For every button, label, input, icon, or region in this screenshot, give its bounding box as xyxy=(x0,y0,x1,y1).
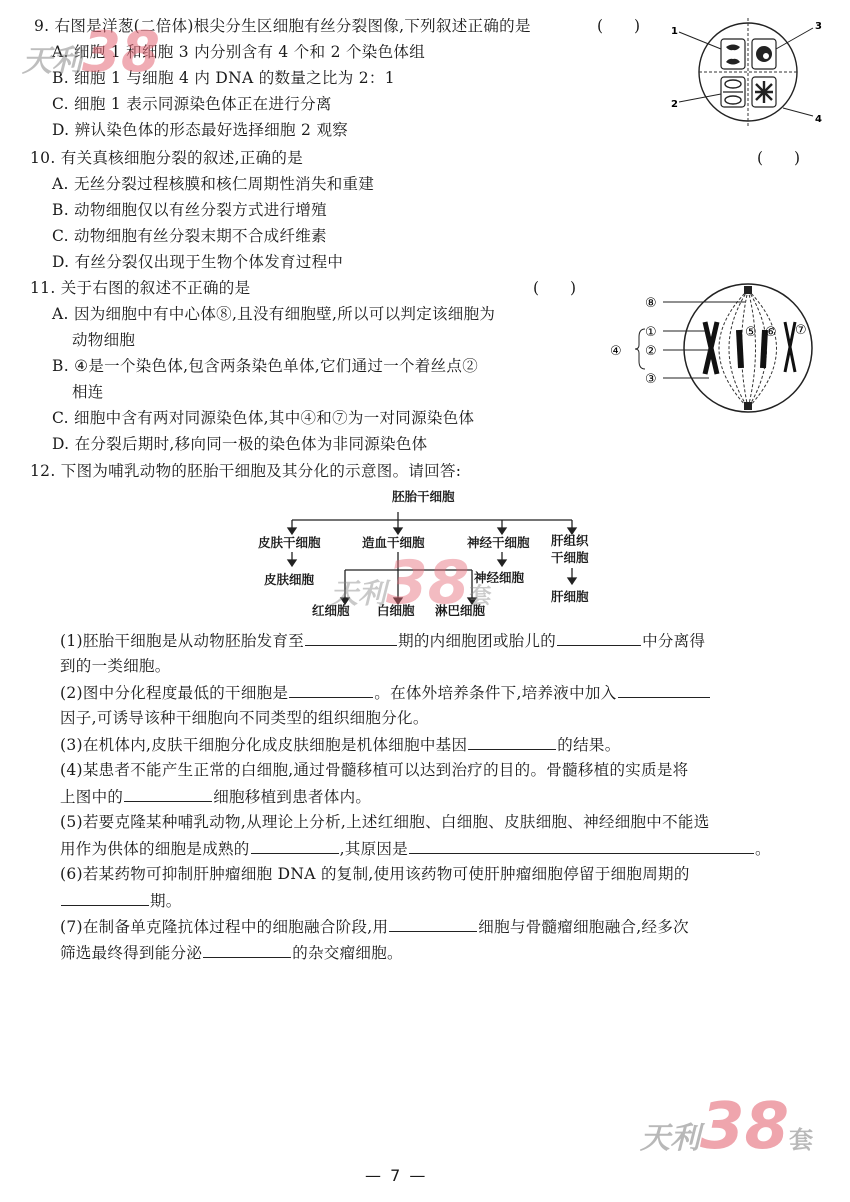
q10-option-d: D. 有丝分裂仅出现于生物个体发育过程中 xyxy=(52,252,343,272)
q12-sub1-line2: 到的一类细胞。 xyxy=(60,656,171,676)
q11-answer-paren: ( ) xyxy=(533,278,576,298)
answer-blank-4-1[interactable] xyxy=(124,786,212,802)
q12-sub7-text-b: 细胞与骨髓瘤细胞融合,经多次 xyxy=(478,918,689,936)
q12-sub2-text-a: (2)图中分化程度最低的干细胞是 xyxy=(60,684,288,702)
answer-blank-5-1[interactable] xyxy=(251,838,339,854)
q12-sub5-line1: (5)若要克隆某种哺乳动物,从理论上分析,上述红细胞、白细胞、皮肤细胞、神经细胞… xyxy=(60,812,710,832)
flow-nerve-cell: 神经细胞 xyxy=(474,570,524,585)
q12-sub6-line1: (6)若某药物可抑制肝肿瘤细胞 DNA 的复制,使用该药物可使肝肿瘤细胞停留于细… xyxy=(60,864,690,884)
page-number: — 7 — xyxy=(365,1166,427,1185)
q11-stem: 11. 关于右图的叙述不正确的是 xyxy=(30,278,250,298)
q12-sub6-line2: 期。 xyxy=(60,890,182,911)
q12-sub1-text-a: (1)胚胎干细胞是从动物胚胎发育至 xyxy=(60,632,304,650)
flow-red-blood-cell: 红细胞 xyxy=(312,603,350,618)
answer-blank-1-1[interactable] xyxy=(305,630,397,646)
flow-neural-stem-cell: 神经干细胞 xyxy=(467,535,530,550)
flow-skin-stem-cell: 皮肤干细胞 xyxy=(258,535,321,550)
q11-option-a: A. 因为细胞中有中心体⑧,且没有细胞壁,所以可以判定该细胞为 xyxy=(52,304,495,324)
q12-sub2-line1: (2)图中分化程度最低的干细胞是。在体外培养条件下,培养液中加入 xyxy=(60,682,711,703)
q11-cell-figure: ⑧ ① ② ③ ④ ⑤ ⑥ ⑦ xyxy=(605,282,830,417)
q9-option-b: B. 细胞 1 与细胞 4 内 DNA 的数量之比为 2：1 xyxy=(52,68,395,88)
q9-fig-label-3: 3 xyxy=(815,21,822,32)
q11-option-d: D. 在分裂后期时,移向同一极的染色体为非同源染色体 xyxy=(52,434,427,454)
flowchart-arrows xyxy=(250,500,590,620)
flow-liver-stem-cell-line1: 肝组织 xyxy=(551,533,589,548)
q12-sub3-line1: (3)在机体内,皮肤干细胞分化成皮肤细胞是机体细胞中基因的结果。 xyxy=(60,734,621,755)
q12-sub6-text-b: 期。 xyxy=(150,892,182,910)
q9-answer-paren: ( ) xyxy=(597,16,640,36)
q12-sub1-text-c: 中分离得 xyxy=(642,632,705,650)
q11-fig-label-7: ⑦ xyxy=(795,323,807,338)
q9-fig-label-1: 1 xyxy=(671,26,678,37)
flow-liver-cell: 肝细胞 xyxy=(551,589,589,604)
flow-embryonic-stem-cell: 胚胎干细胞 xyxy=(392,489,455,504)
answer-blank-5-2[interactable] xyxy=(409,838,754,854)
q12-sub1-line1: (1)胚胎干细胞是从动物胚胎发育至期的内细胞团或胎儿的中分离得 xyxy=(60,630,705,651)
q12-sub4-text-b: 上图中的 xyxy=(60,788,123,806)
answer-blank-7-1[interactable] xyxy=(389,916,477,932)
watermark-text-left: 天利 xyxy=(640,1121,700,1156)
q12-sub3-text-b: 的结果。 xyxy=(557,736,620,754)
q9-mitosis-figure: 1 2 3 4 xyxy=(665,14,830,129)
q11-fig-label-5: ⑤ xyxy=(745,325,757,340)
q9-option-c: C. 细胞 1 表示同源染色体正在进行分离 xyxy=(52,94,332,114)
q11-option-b-cont: 相连 xyxy=(72,382,104,402)
q11-fig-label-3: ③ xyxy=(645,372,657,387)
q10-option-c: C. 动物细胞有丝分裂末期不合成纤维素 xyxy=(52,226,327,246)
q11-fig-label-6: ⑥ xyxy=(765,325,777,340)
q12-sub2-line2: 因子,可诱导该种干细胞向不同类型的组织细胞分化。 xyxy=(60,708,429,728)
q12-stem: 12. 下图为哺乳动物的胚胎干细胞及其分化的示意图。请回答: xyxy=(30,461,461,481)
q10-option-a: A. 无丝分裂过程核膜和核仁周期性消失和重建 xyxy=(52,174,374,194)
q12-sub7-line2: 筛选最终得到能分泌的杂交瘤细胞。 xyxy=(60,942,403,963)
flow-white-blood-cell: 白细胞 xyxy=(377,603,415,618)
flow-skin-cell: 皮肤细胞 xyxy=(264,572,314,587)
q11-option-c: C. 细胞中含有两对同源染色体,其中④和⑦为一对同源染色体 xyxy=(52,408,474,428)
answer-blank-1-2[interactable] xyxy=(557,630,641,646)
q9-option-a: A. 细胞 1 和细胞 3 内分别含有 4 个和 2 个染色体组 xyxy=(52,42,425,62)
q12-sub2-text-b: 。在体外培养条件下,培养液中加入 xyxy=(374,684,616,702)
watermark-text-right: 套 xyxy=(789,1126,813,1154)
q11-fig-label-1: ① xyxy=(645,325,657,340)
watermark-bottom: 天利38套 xyxy=(640,1090,813,1164)
q9-fig-label-4: 4 xyxy=(815,114,822,125)
q11-option-b: B. ④是一个染色体,包含两条染色单体,它们通过一个着丝点② xyxy=(52,356,478,376)
q12-sub7-text-d: 的杂交瘤细胞。 xyxy=(292,944,403,962)
q9-stem: 9. 右图是洋葱(二倍体)根尖分生区细胞有丝分裂图像,下列叙述正确的是 xyxy=(34,16,531,36)
q12-sub7-text-c: 筛选最终得到能分泌 xyxy=(60,944,202,962)
q10-stem: 10. 有关真核细胞分裂的叙述,正确的是 xyxy=(30,148,303,168)
watermark-number: 38 xyxy=(700,1090,789,1164)
q11-option-a-cont: 动物细胞 xyxy=(72,330,135,350)
q12-sub7-line1: (7)在制备单克隆抗体过程中的细胞融合阶段,用细胞与骨髓瘤细胞融合,经多次 xyxy=(60,916,689,937)
q12-sub7-text-a: (7)在制备单克隆抗体过程中的细胞融合阶段,用 xyxy=(60,918,388,936)
q12-sub4-line2: 上图中的细胞移植到患者体内。 xyxy=(60,786,371,807)
q11-fig-label-4: ④ xyxy=(610,344,622,359)
q12-sub5-text-d: 。 xyxy=(755,840,771,858)
flow-hematopoietic-stem-cell: 造血干细胞 xyxy=(362,535,425,550)
answer-blank-6-1[interactable] xyxy=(61,890,149,906)
answer-blank-3-1[interactable] xyxy=(468,734,556,750)
q12-sub3-text-a: (3)在机体内,皮肤干细胞分化成皮肤细胞是机体细胞中基因 xyxy=(60,736,467,754)
q12-sub5-text-b: 用作为供体的细胞是成熟的 xyxy=(60,840,250,858)
flow-lymphocyte: 淋巴细胞 xyxy=(435,603,485,618)
q12-sub4-line1: (4)某患者不能产生正常的白细胞,通过骨髓移植可以达到治疗的目的。骨髓移植的实质… xyxy=(60,760,689,780)
q10-answer-paren: ( ) xyxy=(757,148,800,168)
answer-blank-2-2[interactable] xyxy=(618,682,710,698)
q9-fig-label-2: 2 xyxy=(671,99,678,110)
q12-sub5-line2: 用作为供体的细胞是成熟的,其原因是。 xyxy=(60,838,771,859)
q11-fig-label-2: ② xyxy=(645,344,657,359)
q12-sub1-text-b: 期的内细胞团或胎儿的 xyxy=(398,632,556,650)
q12-sub4-text-c: 细胞移植到患者体内。 xyxy=(213,788,371,806)
q11-fig-label-8: ⑧ xyxy=(645,296,657,311)
q12-sub5-text-c: ,其原因是 xyxy=(340,840,408,858)
flow-liver-stem-cell-line2: 干细胞 xyxy=(551,550,589,565)
q10-option-b: B. 动物细胞仅以有丝分裂方式进行增殖 xyxy=(52,200,327,220)
answer-blank-2-1[interactable] xyxy=(289,682,373,698)
q9-option-d: D. 辨认染色体的形态最好选择细胞 2 观察 xyxy=(52,120,348,140)
answer-blank-7-2[interactable] xyxy=(203,942,291,958)
